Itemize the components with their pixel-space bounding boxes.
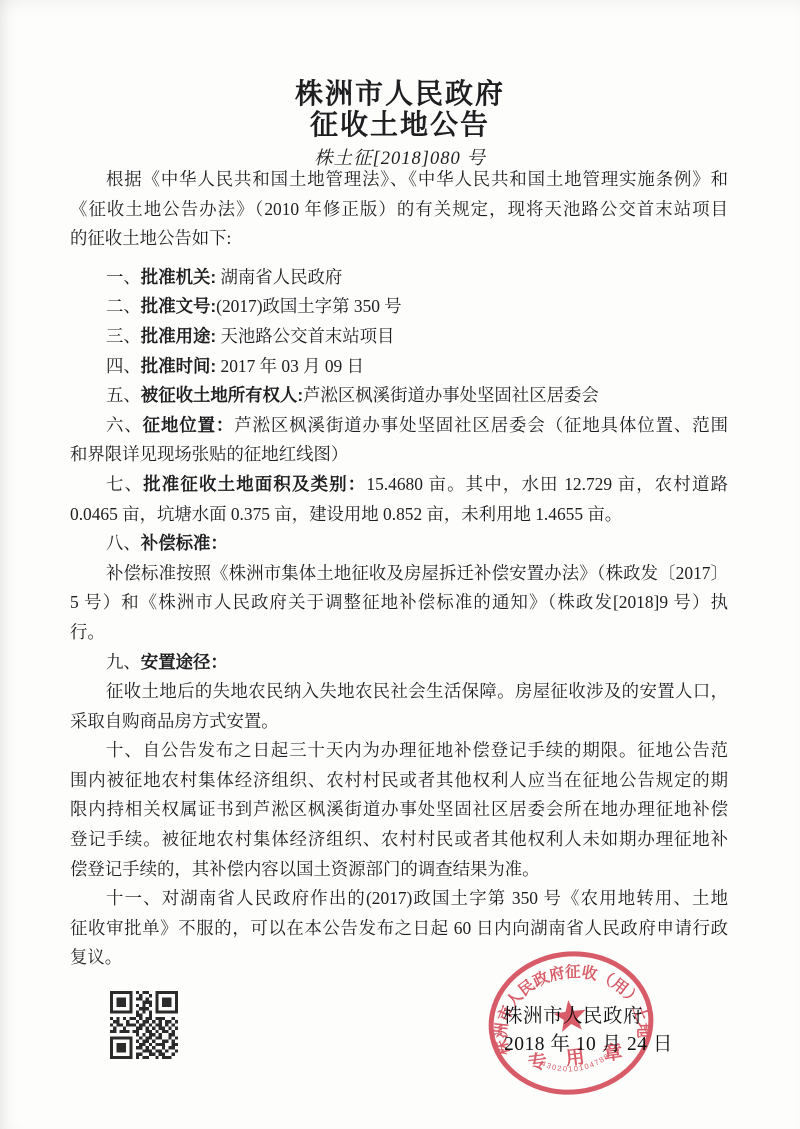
item-label: 补偿标准： (141, 533, 228, 553)
item-number: 八、 (106, 533, 141, 553)
item-label: 批准时间: (141, 356, 216, 376)
item-number: 二、 (106, 296, 141, 316)
item-label: 安置途径： (141, 652, 228, 672)
doc-line-item-3: 三、批准用途: 天池路公交首末站项目 (70, 322, 728, 352)
item-label: 批准机关: (141, 267, 216, 287)
item-label: 批准文号: (141, 296, 216, 316)
item-text: (2017)政国土字第 350 号 (216, 296, 402, 316)
doc-line: 登记手续。被征地农村集体经济组织、农村村民或者其他权利人未如期办理征地补 (70, 825, 728, 855)
item-number: 七、 (106, 474, 143, 494)
document-body: 根据《中华人民共和国土地管理法》、《中华人民共和国土地管理实施条例》和 《征收土… (70, 165, 728, 973)
item-label: 批准征收土地面积及类别： (143, 474, 366, 494)
doc-line-item-1: 一、批准机关: 湖南省人民政府 (70, 263, 728, 293)
doc-line: 限内持相关权属证书到芦淞区枫溪街道办事处坚固社区居委会所在地办理征地补偿 (70, 795, 728, 825)
doc-line: 5 号）和《株洲市人民政府关于调整征地补偿标准的通知》（株政发[2018]9 号… (70, 588, 728, 618)
doc-line-item-11: 十一、对湖南省人民政府作出的(2017)政国土字第 350 号《农用地转用、土地 (70, 884, 728, 914)
doc-line: 征收审批单》不服的，可以在本公告发布之日起 60 日内向湖南省人民政府申请行政 (70, 914, 728, 944)
item-number: 四、 (106, 356, 141, 376)
document-page: 株洲市人民政府 征收土地公告 株土征[2018]080 号 根据《中华人民共和国… (0, 0, 800, 1129)
doc-line: 根据《中华人民共和国土地管理法》、《中华人民共和国土地管理实施条例》和 (70, 165, 728, 195)
doc-line-item-6: 六、征地位置：芦淞区枫溪街道办事处坚固社区居委会（征地具体位置、范围 (70, 411, 728, 441)
item-text: 15.4680 亩。其中，水田 12.729 亩，农村道路 (366, 474, 728, 494)
doc-line: 偿登记手续的，其补偿内容以国土资源部门的调查结果为准。 (70, 855, 728, 885)
item-label: 征地位置： (143, 415, 235, 435)
item-number: 一、 (106, 267, 141, 287)
page-title: 株洲市人民政府 (0, 80, 800, 110)
item-number: 三、 (106, 326, 141, 346)
doc-line: 围内被征地农村集体经济组织、农村村民或者其他权利人应当在征地公告规定的期 (70, 766, 728, 796)
item-label: 批准用途: (141, 326, 216, 346)
doc-line-item-5: 五、被征收土地所有权人:芦淞区枫溪街道办事处坚固社区居委会 (70, 381, 728, 411)
doc-line-item-4: 四、批准时间: 2017 年 03 月 09 日 (70, 352, 728, 382)
doc-line-item-7: 七、批准征收土地面积及类别：15.4680 亩。其中，水田 12.729 亩，农… (70, 470, 728, 500)
item-number: 五、 (106, 385, 141, 405)
item-label: 被征收土地所有权人: (141, 385, 303, 405)
doc-line-item-9: 九、安置途径： (70, 648, 728, 678)
item-text: 芦淞区枫溪街道办事处坚固社区居委会（征地具体位置、范围 (234, 415, 728, 435)
doc-line: 行。 (70, 618, 728, 648)
official-seal: 株洲市人民政府征收（用）土地 专用章 4302010104788 (483, 946, 661, 1100)
page-subtitle: 征收土地公告 (0, 111, 800, 141)
item-text: 2017 年 03 月 09 日 (216, 356, 364, 376)
doc-line: 采取自购商品房方式安置。 (70, 707, 728, 737)
star-icon (552, 998, 588, 1033)
doc-line: 的征收土地公告如下: (70, 224, 728, 254)
item-number: 六、 (106, 415, 143, 435)
item-text: 芦淞区枫溪街道办事处坚固社区居委会 (303, 385, 599, 405)
item-text: 湖南省人民政府 (216, 267, 342, 287)
item-number: 九、 (106, 652, 141, 672)
doc-line: 《征收土地公告办法》（2010 年修正版）的有关规定，现将天池路公交首末站项目 (70, 195, 728, 225)
doc-line-item-2: 二、批准文号:(2017)政国土字第 350 号 (70, 292, 728, 322)
doc-line-item-8: 八、补偿标准： (70, 529, 728, 559)
item-text: 天池路公交首末站项目 (216, 326, 394, 346)
doc-line: 和界限详见现场张贴的征地红线图） (70, 440, 728, 470)
doc-line: 0.0465 亩，坑塘水面 0.375 亩，建设用地 0.852 亩，未利用地 … (70, 500, 728, 530)
doc-line: 征收土地后的失地农民纳入失地农民社会生活保障。房屋征收涉及的安置人口， (70, 677, 728, 707)
qr-code (110, 989, 178, 1061)
doc-line-item-10: 十、自公告发布之日起三十天内为办理征地补偿登记手续的期限。征地公告范 (70, 736, 728, 766)
doc-line: 补偿标准按照《株洲市集体土地征收及房屋拆迁补偿安置办法》（株政发〔2017〕 (70, 559, 728, 589)
